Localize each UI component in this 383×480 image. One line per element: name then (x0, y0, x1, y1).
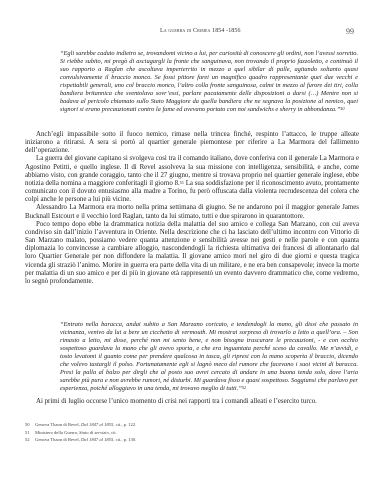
paragraph: Ai primi di luglio occorse l’unico momen… (25, 398, 359, 406)
footnote-52: 52 Genova Thaon di Revel, Dal 1847 al 18… (25, 436, 325, 444)
paragraph: Anch’egli impassibile sotto il fuoco nem… (25, 131, 359, 155)
block-quote-2: “Entrato nella baracca, andai subito a S… (60, 321, 358, 393)
footnotes: 50 Genova Thaon di Revel, Dal 1847 al 18… (25, 421, 325, 444)
footnote-title: Dal 1847 al 1855 (81, 437, 113, 442)
footnote-51: 51 Ministero della Guerra, Stato di serv… (25, 429, 325, 437)
footnote-50: 50 Genova Thaon di Revel, Dal 1847 al 18… (25, 421, 325, 429)
footnote-ref: , cit., p. 130. (113, 437, 136, 442)
footnote-author: Genova Thaon di Revel, (35, 437, 81, 442)
footnote-title: Stato di servizio (79, 430, 109, 435)
footnote-ref: , cit., p. 122. (113, 422, 136, 427)
paragraph: Alessandro La Marmora era morto nella pr… (25, 204, 359, 220)
footnote-ref: , cit. (109, 430, 117, 435)
paragraph: Poco tempo dopo ebbe la drammatica notiz… (25, 221, 359, 286)
footnote-ref-52[interactable]: 52 (242, 385, 246, 390)
footnote-number: 52 (25, 436, 35, 444)
quote-text: “Entrato nella baracca, andai subito a S… (60, 321, 358, 392)
footnote-author: Genova Thaon di Revel, (35, 422, 81, 427)
footnote-author: Ministero della Guerra, (35, 430, 79, 435)
footnote-number: 51 (25, 429, 35, 437)
body-text-2: Ai primi di luglio occorse l’unico momen… (25, 398, 359, 406)
footnote-title: Dal 1847 al 1855 (81, 422, 113, 427)
running-head: La guerra di Crimea 1854 -1856 99 (0, 28, 383, 38)
footnote-ref-50[interactable]: 50 (340, 106, 344, 111)
footnote-ref-51[interactable]: 51 (180, 180, 184, 185)
running-title: La guerra di Crimea 1854 -1856 (160, 28, 241, 34)
page-number: 99 (346, 27, 354, 36)
body-text-1: Anch’egli impassibile sotto il fuoco nem… (25, 131, 359, 286)
quote-text: “Egli sarebbe caduto indietro se, trovan… (60, 50, 358, 113)
block-quote-1: “Egli sarebbe caduto indietro se, trovan… (60, 50, 358, 114)
paragraph: La guerra del giovane capitano si svolge… (25, 155, 359, 204)
footnote-number: 50 (25, 421, 35, 429)
